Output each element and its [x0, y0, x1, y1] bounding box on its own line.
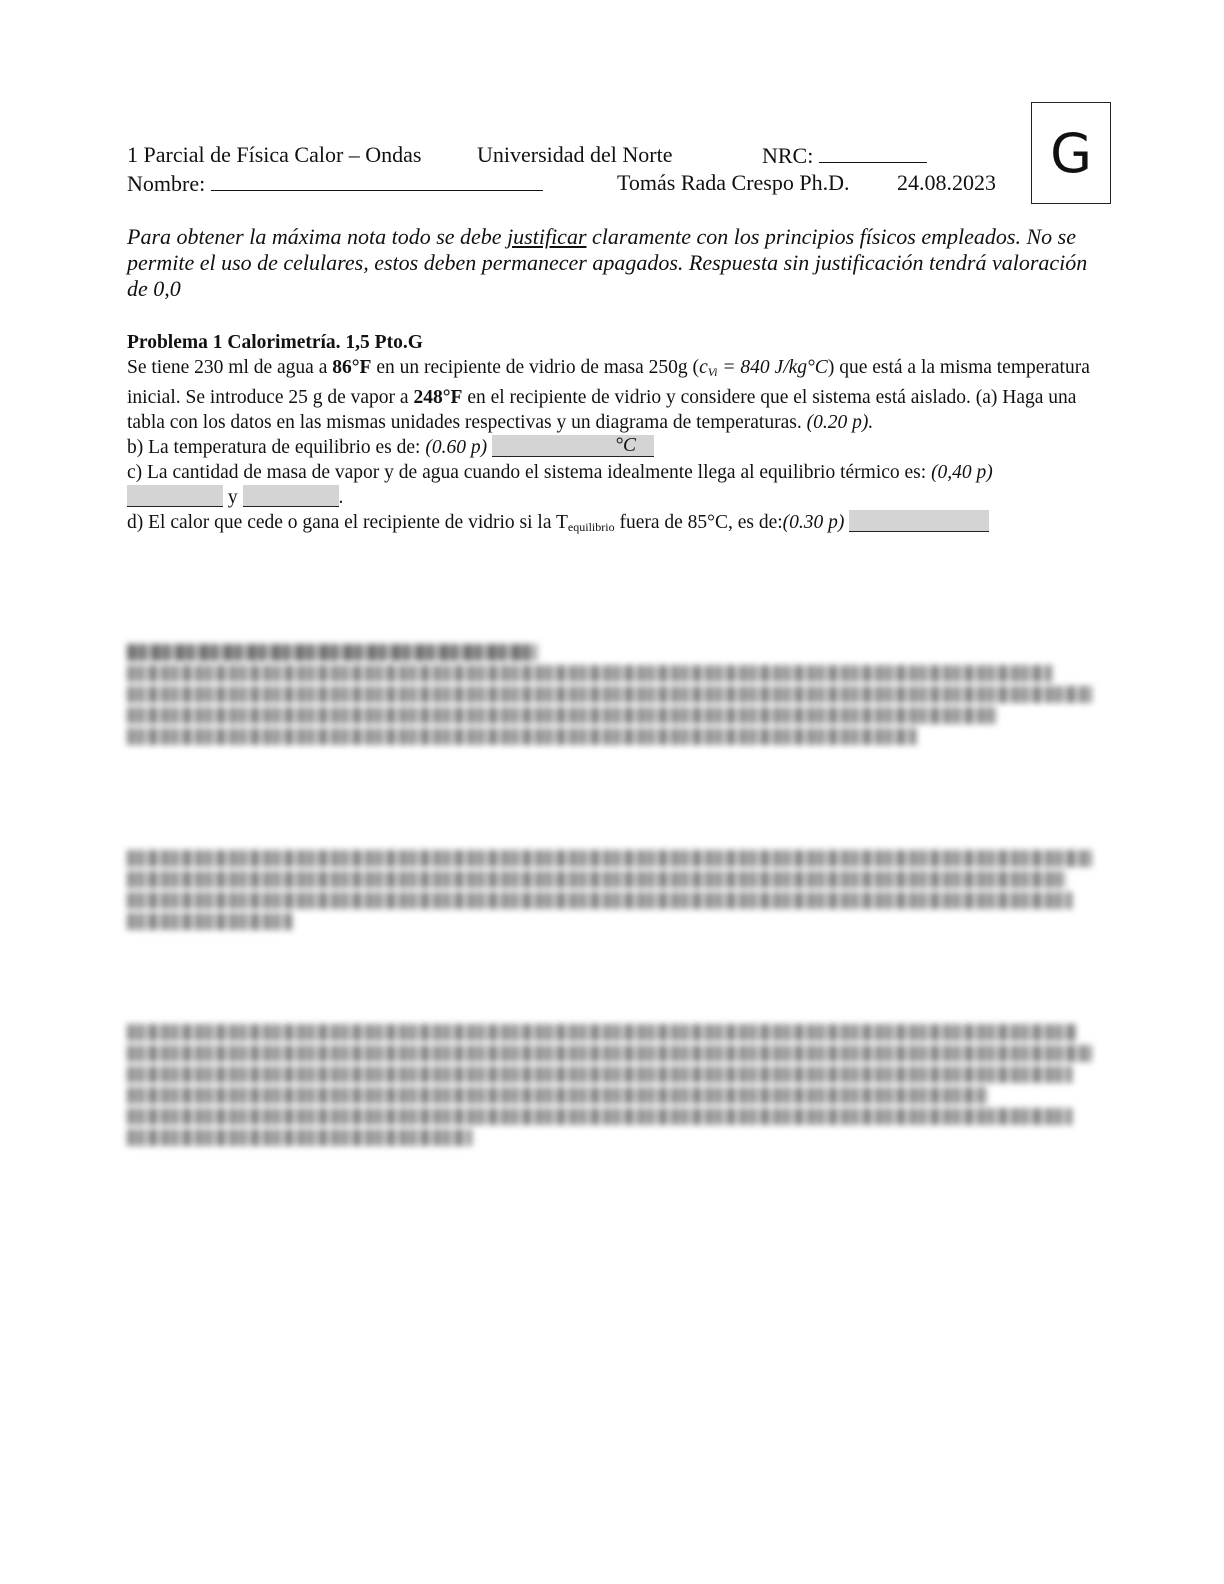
vapor-temperature: 248°F [413, 387, 462, 408]
justificar-emphasis: justificar [507, 224, 586, 249]
answer-b-field[interactable]: °C [492, 435, 654, 457]
name-field: Nombre: [127, 170, 543, 197]
nrc-blank[interactable] [819, 142, 927, 163]
university-name: Universidad del Norte [477, 142, 673, 168]
course-title: 1 Parcial de Física Calor – Ondas [127, 142, 422, 168]
water-temperature: 86°F [332, 357, 371, 378]
problem-2-blurred [127, 640, 1097, 749]
problem-1: Problema 1 Calorimetría. 1,5 Pto.G Se ti… [127, 330, 1107, 540]
problem-1-title: Problema 1 Calorimetría. 1,5 Pto.G [127, 330, 1107, 355]
answer-c-water-field[interactable] [243, 485, 339, 507]
instructions: Para obtener la máxima nota todo se debe… [127, 224, 1107, 302]
answer-c-vapor-field[interactable] [127, 485, 223, 507]
professor-name: Tomás Rada Crespo Ph.D. [617, 170, 850, 196]
question-d: d) El calor que cede o gana el recipient… [127, 510, 1107, 540]
answer-d-field[interactable] [849, 510, 989, 532]
exam-version-letter: G [1050, 122, 1092, 185]
question-c: c) La cantidad de masa de vapor y de agu… [127, 460, 1107, 485]
exam-version-box: G [1031, 102, 1111, 204]
exam-date: 24.08.2023 [897, 170, 996, 196]
question-c-answers: y . [127, 485, 1107, 510]
problem-4-blurred [127, 1020, 1097, 1150]
problem-1-statement: Se tiene 230 ml de agua a 86°F en un rec… [127, 355, 1107, 435]
name-blank[interactable] [211, 170, 543, 191]
exam-page: 1 Parcial de Física Calor – Ondas Univer… [0, 0, 1224, 1584]
question-b: b) La temperatura de equilibrio es de: (… [127, 435, 1107, 460]
problem-3-blurred [127, 846, 1097, 934]
nrc-label: NRC: [762, 143, 813, 168]
name-label: Nombre: [127, 171, 205, 196]
nrc-field: NRC: [762, 142, 927, 169]
